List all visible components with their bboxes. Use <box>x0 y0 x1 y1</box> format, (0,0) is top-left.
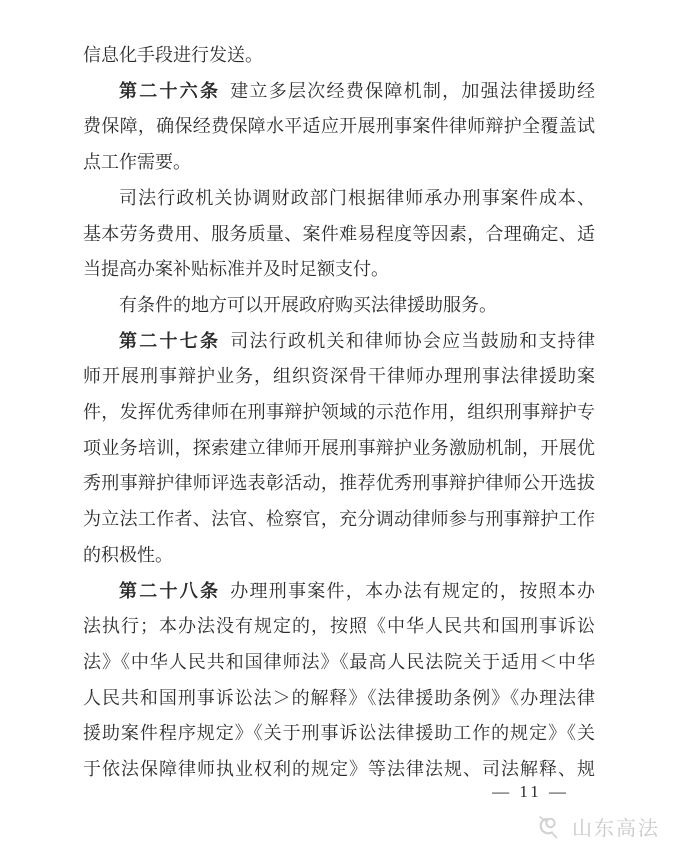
text-line: 有条件的地方可以开展政府购买法律援助服务。 <box>83 288 595 324</box>
line-text: 建立多层次经费保障机制，加强法律援助经 <box>230 81 595 101</box>
line-text: 法执行；本办法没有规定的，按照《中华人民共和国刑事诉讼 <box>83 616 595 636</box>
line-text: 信息化手段进行发送。 <box>83 45 263 65</box>
text-line: 第二十八条办理刑事案件，本办法有规定的，按照本办 <box>83 574 595 610</box>
article-number-heading: 第二十六条 <box>119 81 220 101</box>
page-number: — 11 — <box>83 782 595 802</box>
line-text: 办理刑事案件，本办法有规定的，按照本办 <box>230 581 595 601</box>
text-line: 基本劳务费用、服务质量、案件难易程度等因素，合理确定、适 <box>83 217 595 253</box>
text-line: 为立法工作者、法官、检察官，充分调动律师参与刑事辩护工作 <box>83 502 595 538</box>
text-line: 件，发挥优秀律师在刑事辩护领域的示范作用，组织刑事辩护专 <box>83 395 595 431</box>
line-text: 司法行政机关和律师协会应当鼓励和支持律 <box>230 331 595 351</box>
article-number-heading: 第二十八条 <box>119 581 220 601</box>
line-text: 基本劳务费用、服务质量、案件难易程度等因素，合理确定、适 <box>83 224 595 244</box>
article-number-heading: 第二十七条 <box>119 331 220 351</box>
line-text: 为立法工作者、法官、检察官，充分调动律师参与刑事辩护工作 <box>83 509 595 529</box>
watermark: 山东高法 <box>537 812 660 841</box>
line-text: 当提高办案补贴标准并及时足额支付。 <box>83 259 389 279</box>
line-text: 件，发挥优秀律师在刑事辩护领域的示范作用，组织刑事辩护专 <box>83 402 595 422</box>
line-text: 援助案件程序规定》《关于刑事诉讼法律援助工作的规定》《关 <box>83 723 595 743</box>
text-line: 当提高办案补贴标准并及时足额支付。 <box>83 252 595 288</box>
line-text: 于依法保障律师执业权利的规定》等法律法规、司法解释、规 <box>83 759 595 779</box>
line-text: 的积极性。 <box>83 545 173 565</box>
text-line: 司法行政机关协调财政部门根据律师承办刑事案件成本、 <box>83 181 595 217</box>
text-line: 点工作需要。 <box>83 145 595 181</box>
line-text: 有条件的地方可以开展政府购买法律援助服务。 <box>119 295 497 315</box>
text-line: 法》《中华人民共和国律师法》《最高人民法院关于适用＜中华 <box>83 645 595 681</box>
text-line: 信息化手段进行发送。 <box>83 38 595 74</box>
text-line: 第二十七条司法行政机关和律师协会应当鼓励和支持律 <box>83 324 595 360</box>
text-line: 人民共和国刑事诉讼法＞的解释》《法律援助条例》《办理法律 <box>83 681 595 717</box>
text-line: 的积极性。 <box>83 538 595 574</box>
watermark-label: 山东高法 <box>572 812 660 841</box>
shandong-gaofa-logo-icon <box>537 813 567 841</box>
text-line: 项业务培训，探索建立律师开展刑事辩护业务激励机制，开展优 <box>83 431 595 467</box>
text-line: 法执行；本办法没有规定的，按照《中华人民共和国刑事诉讼 <box>83 609 595 645</box>
text-line: 师开展刑事辩护业务，组织资深骨干律师办理刑事法律援助案 <box>83 359 595 395</box>
document-page: 信息化手段进行发送。第二十六条建立多层次经费保障机制，加强法律援助经费保障，确保… <box>0 0 676 858</box>
line-text: 司法行政机关协调财政部门根据律师承办刑事案件成本、 <box>119 188 595 208</box>
document-body: 信息化手段进行发送。第二十六条建立多层次经费保障机制，加强法律援助经费保障，确保… <box>83 38 595 788</box>
text-line: 费保障，确保经费保障水平适应开展刑事案件律师辩护全覆盖试 <box>83 109 595 145</box>
line-text: 法》《中华人民共和国律师法》《最高人民法院关于适用＜中华 <box>83 652 595 672</box>
line-text: 秀刑事辩护律师评选表彰活动，推荐优秀刑事辩护律师公开选拔 <box>83 473 595 493</box>
text-line: 援助案件程序规定》《关于刑事诉讼法律援助工作的规定》《关 <box>83 716 595 752</box>
line-text: 费保障，确保经费保障水平适应开展刑事案件律师辩护全覆盖试 <box>83 116 595 136</box>
line-text: 点工作需要。 <box>83 152 191 172</box>
line-text: 项业务培训，探索建立律师开展刑事辩护业务激励机制，开展优 <box>83 438 595 458</box>
text-line: 第二十六条建立多层次经费保障机制，加强法律援助经 <box>83 74 595 110</box>
line-text: 师开展刑事辩护业务，组织资深骨干律师办理刑事法律援助案 <box>83 366 595 386</box>
line-text: 人民共和国刑事诉讼法＞的解释》《法律援助条例》《办理法律 <box>83 688 595 708</box>
text-line: 秀刑事辩护律师评选表彰活动，推荐优秀刑事辩护律师公开选拔 <box>83 466 595 502</box>
